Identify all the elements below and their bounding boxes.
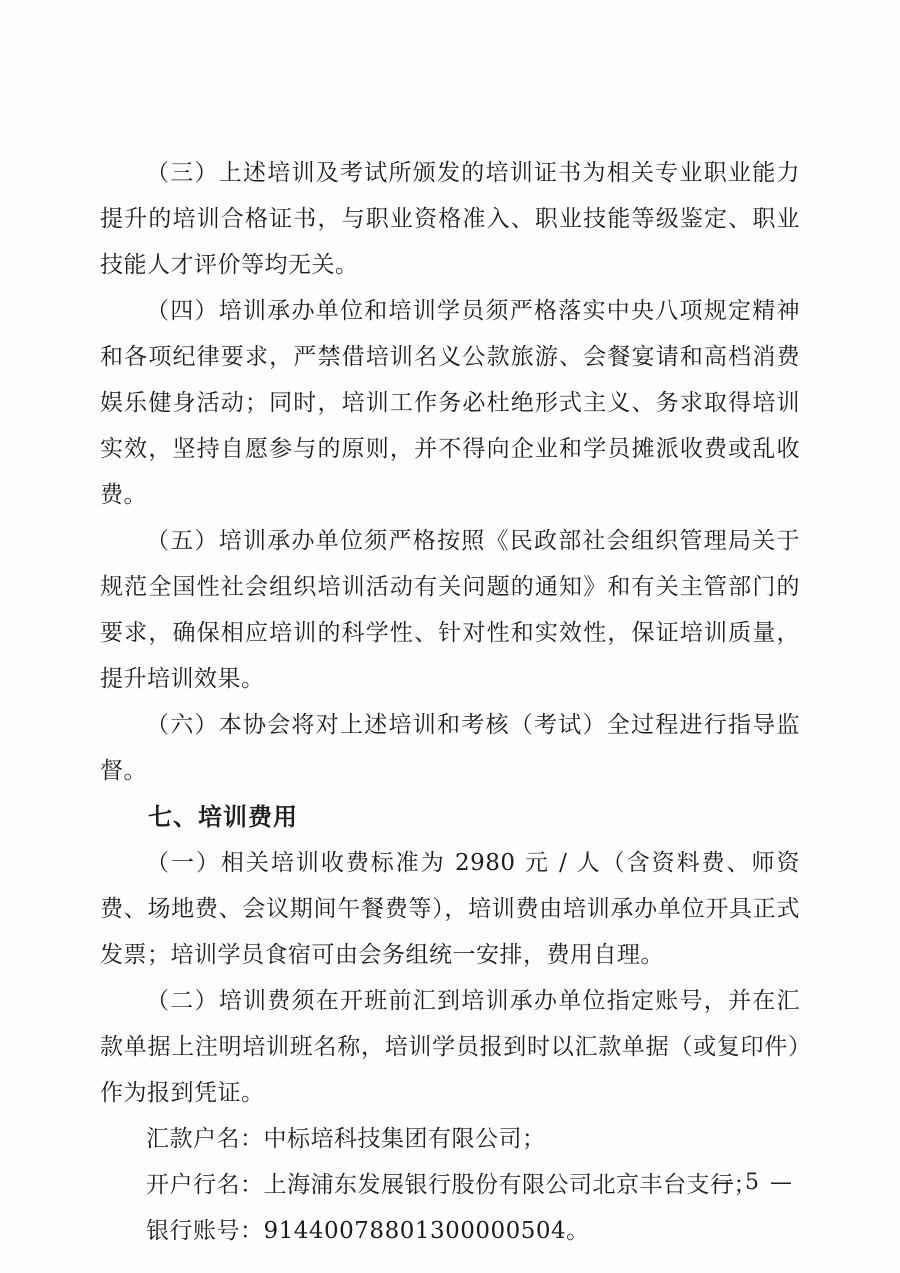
section-heading-training-fees: 七、培训费用 — [100, 794, 800, 840]
document-page: （三）上述培训及考试所颁发的培训证书为相关专业职业能力提升的培训合格证书，与职业… — [0, 0, 900, 1273]
document-body: （三）上述培训及考试所颁发的培训证书为相关专业职业能力提升的培训合格证书，与职业… — [100, 150, 800, 1254]
paragraph-fee-item-2: （二）培训费须在开班前汇到培训承办单位指定账号，并在汇款单据上注明培训班名称，培… — [100, 978, 800, 1116]
remit-account-number-line: 银行账号：91440078801300000504。 — [100, 1208, 800, 1254]
paragraph-item-3: （三）上述培训及考试所颁发的培训证书为相关专业职业能力提升的培训合格证书，与职业… — [100, 150, 800, 288]
remit-account-name-line: 汇款户名：中标培科技集团有限公司； — [100, 1116, 800, 1162]
page-number: — 5 — — [712, 1168, 794, 1198]
paragraph-item-6: （六）本协会将对上述培训和考核（考试）全过程进行指导监督。 — [100, 702, 800, 794]
paragraph-fee-item-1: （一）相关培训收费标准为 2980 元 / 人（含资料费、师资费、场地费、会议期… — [100, 840, 800, 978]
paragraph-item-5: （五）培训承办单位须严格按照《民政部社会组织管理局关于规范全国性社会组织培训活动… — [100, 518, 800, 702]
remit-bank-name-line: 开户行名：上海浦东发展银行股份有限公司北京丰台支行； — [100, 1162, 800, 1208]
paragraph-item-4: （四）培训承办单位和培训学员须严格落实中央八项规定精神和各项纪律要求，严禁借培训… — [100, 288, 800, 518]
